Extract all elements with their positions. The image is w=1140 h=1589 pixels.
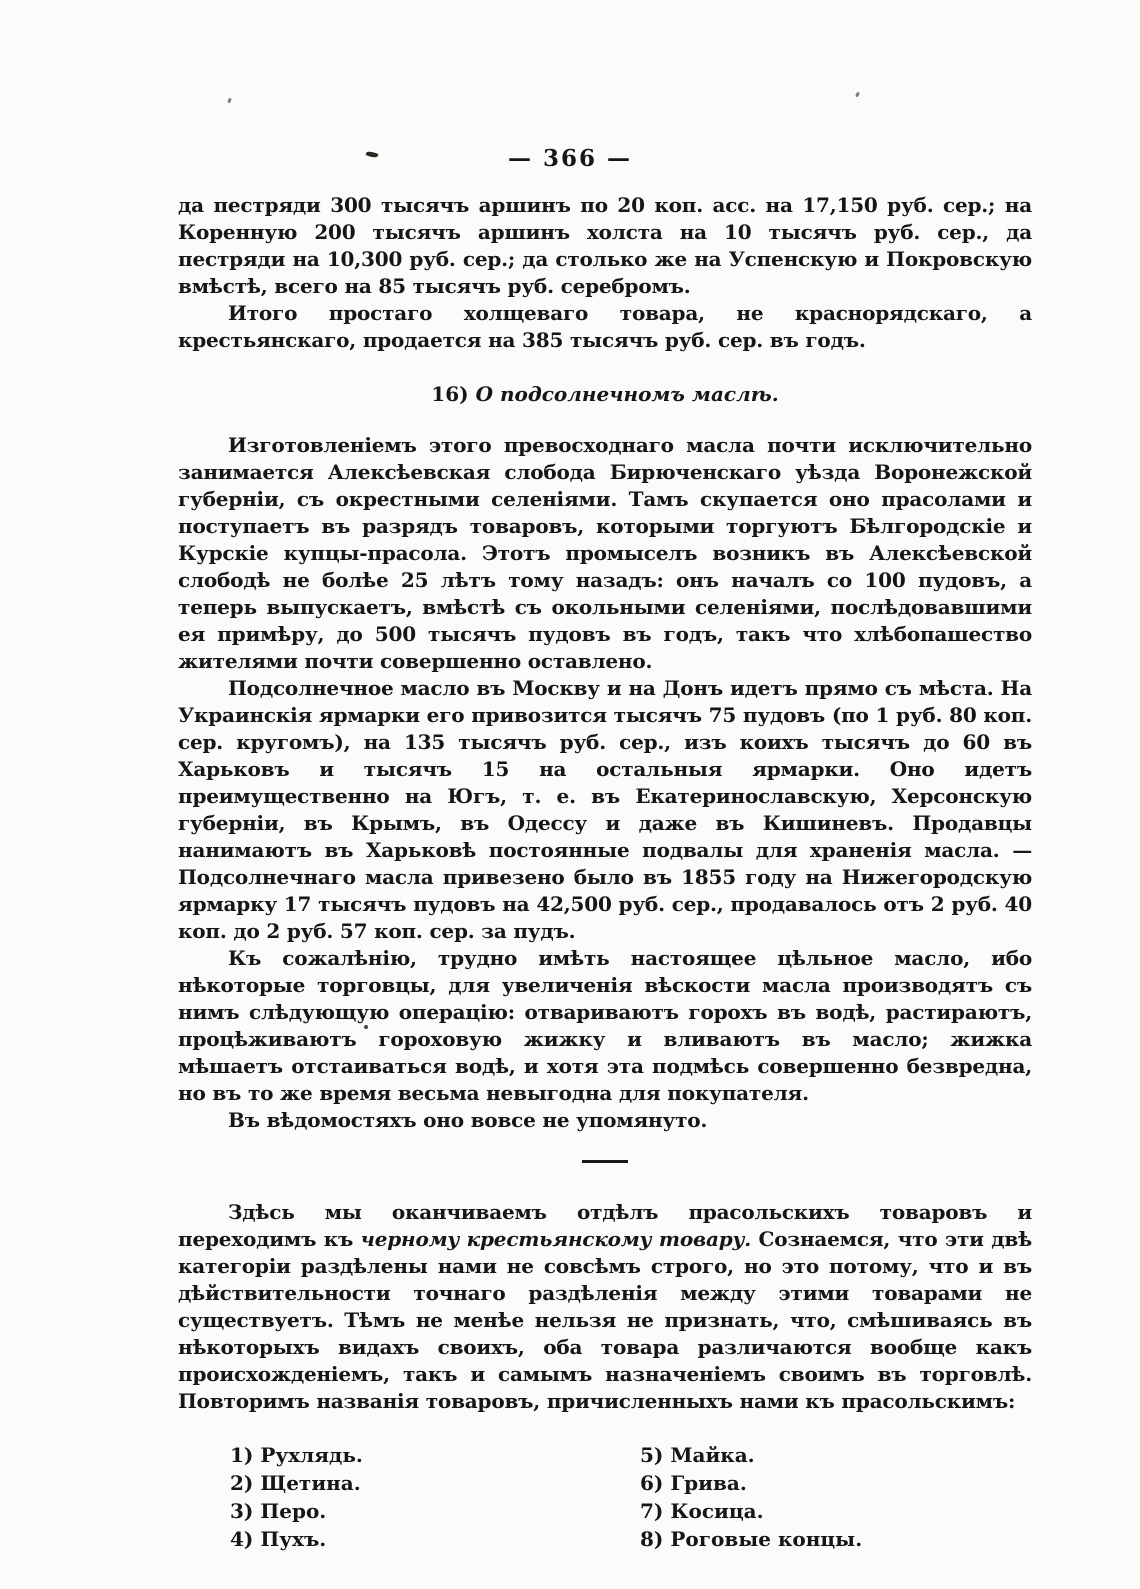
book-page: — 366 — да пестряди 300 тысячъ аршинъ по… (0, 0, 1140, 1589)
paragraph-closing: Здѣсь мы оканчиваемъ отдѣлъ прасольскихъ… (178, 1199, 1032, 1415)
goods-list-col1: 1) Рухлядь. 2) Щетина. 3) Перо. 4) Пухъ. (230, 1441, 640, 1553)
closing-rest: Сознаемся, что эти двѣ категоріи раздѣле… (178, 1227, 1032, 1413)
paragraph-total: Итого простаго холщеваго товара, не крас… (178, 300, 1032, 354)
paragraph-adulteration: Къ сожалѣнію, трудно имѣть настоящее цѣл… (178, 945, 1032, 1107)
paragraph-continuation: да пестряди 300 тысячъ аршинъ по 20 коп.… (178, 192, 1032, 300)
section-divider-rule (582, 1160, 628, 1163)
paragraph-manufacture: Изготовленіемъ этого превосходнаго масла… (178, 432, 1032, 675)
list-item: 7) Косица. (640, 1497, 862, 1525)
section-title: О подсолнечномъ маслѣ. (476, 382, 779, 406)
list-item: 3) Перо. (230, 1497, 640, 1525)
paragraph-markets: Подсолнечное масло въ Москву и на Донъ и… (178, 675, 1032, 945)
section-heading: 16) О подсолнечномъ маслѣ. (178, 382, 1032, 406)
scan-artifact (364, 1025, 368, 1029)
scan-artifact (227, 98, 232, 104)
scan-artifact (855, 92, 860, 98)
section-number: 16) (431, 382, 468, 406)
list-item: 1) Рухлядь. (230, 1441, 640, 1469)
list-item: 2) Щетина. (230, 1469, 640, 1497)
goods-list: 1) Рухлядь. 2) Щетина. 3) Перо. 4) Пухъ.… (178, 1441, 1032, 1553)
list-item: 6) Грива. (640, 1469, 862, 1497)
paragraph-vedomosti: Въ вѣдомостяхъ оно вовсе не упомянуто. (178, 1107, 1032, 1134)
list-item: 4) Пухъ. (230, 1525, 640, 1553)
list-item: 5) Майка. (640, 1441, 862, 1469)
text-block: да пестряди 300 тысячъ аршинъ по 20 коп.… (178, 192, 1032, 1553)
goods-list-col2: 5) Майка. 6) Грива. 7) Косица. 8) Роговы… (640, 1441, 862, 1553)
list-item: 8) Роговые концы. (640, 1525, 862, 1553)
page-number: — 366 — (0, 146, 1140, 172)
closing-emphasis: черному крестьянскому товару. (361, 1227, 751, 1251)
